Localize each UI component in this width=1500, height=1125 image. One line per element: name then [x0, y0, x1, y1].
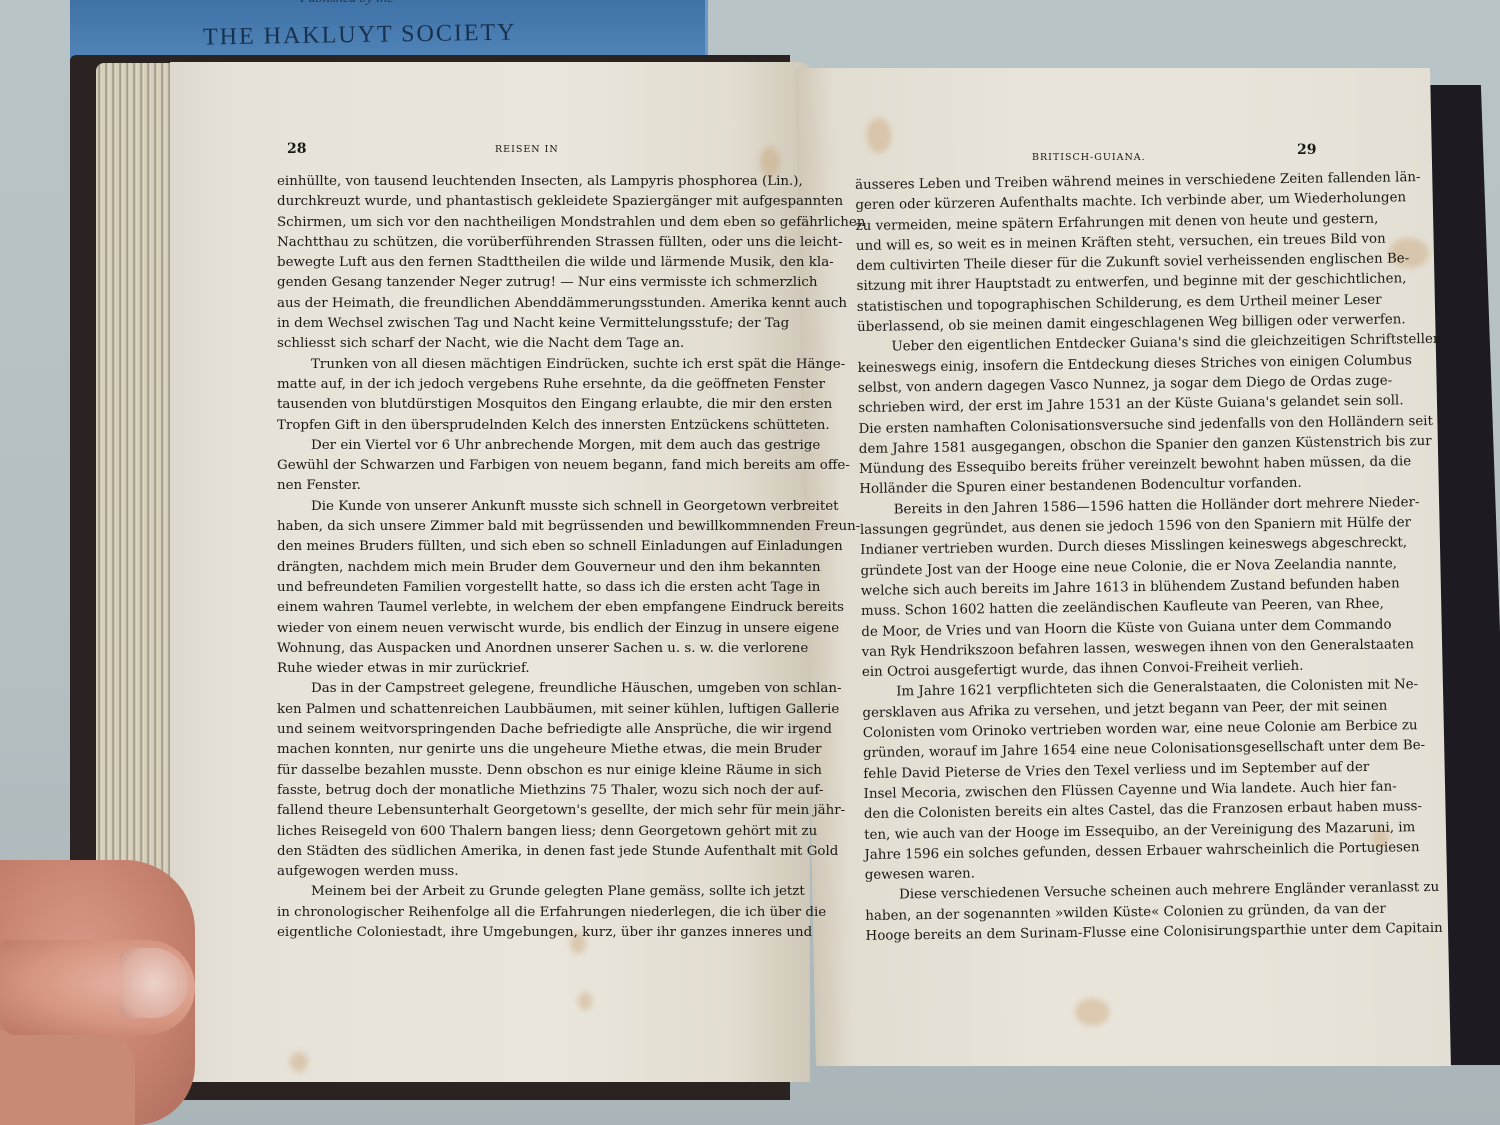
text-line: Tropfen Gift in den übersprudelnden Kelc…	[277, 416, 762, 436]
text-line: eigentliche Coloniestadt, ihre Umgebunge…	[277, 923, 762, 943]
text-line: schliesst sich scharf der Nacht, wie die…	[277, 334, 762, 354]
text-line: Meinem bei der Arbeit zu Grunde gelegten…	[277, 882, 762, 902]
left-page-body-text: einhüllte, von tausend leuchtenden Insec…	[277, 172, 762, 943]
text-line: fallend theure Lebensunterhalt Georgetow…	[277, 801, 762, 821]
text-line: Schirmen, um sich vor den nachtheiligen …	[277, 213, 762, 233]
text-line: fasste, betrug doch der monatliche Mieth…	[277, 781, 762, 801]
foxing-stain	[866, 118, 892, 153]
text-line: bewegte Luft aus den fernen Stadttheilen…	[277, 253, 762, 273]
text-line: einem wahren Taumel verlebte, in welchem…	[277, 598, 762, 618]
text-line: den Städten des südlichen Amerika, in de…	[277, 842, 762, 862]
foxing-stain	[1074, 998, 1110, 1026]
text-line: Gewühl der Schwarzen und Farbigen von ne…	[277, 456, 762, 476]
foxing-stain	[760, 147, 780, 177]
text-line: genden Gesang tanzender Neger zutrug! — …	[277, 273, 762, 293]
text-line: Nachtthau zu schützen, die vorüberführen…	[277, 233, 762, 253]
text-line: Ruhe wieder etwas in mir zurückrief.	[277, 659, 762, 679]
text-line: durchkreuzt wurde, und phantastisch gekl…	[277, 192, 762, 212]
text-line: einhüllte, von tausend leuchtenden Insec…	[277, 172, 762, 192]
text-line: ken Palmen und schattenreichen Laubbäume…	[277, 700, 762, 720]
text-line: Trunken von all diesen mächtigen Eindrüc…	[277, 355, 762, 375]
text-line: aufgewogen werden muss.	[277, 862, 762, 882]
text-line: Das in der Campstreet gelegene, freundli…	[277, 679, 762, 699]
text-line: aus der Heimath, die freundlichen Abendd…	[277, 294, 762, 314]
hand-palm	[0, 1030, 135, 1125]
text-line: matte auf, in der ich jedoch vergebens R…	[277, 375, 762, 395]
text-line: den meines Bruders füllten, und sich ebe…	[277, 537, 762, 557]
left-running-head: REISEN IN	[495, 144, 559, 155]
text-line: haben, da sich unsere Zimmer bald mit be…	[277, 517, 762, 537]
right-page-body-text: äusseres Leben und Treiben während meine…	[855, 169, 1361, 947]
text-line: und seinem weitvorspringenden Dache befr…	[277, 720, 762, 740]
text-line: liches Reisegeld von 600 Thalern bangen …	[277, 822, 762, 842]
text-line: in dem Wechsel zwischen Tag und Nacht ke…	[277, 314, 762, 334]
text-line: Wohnung, das Auspacken und Anordnen unse…	[277, 639, 762, 659]
text-line: machen konnten, nur genirte uns die unge…	[277, 740, 762, 760]
thumbnail-nail	[120, 948, 188, 1018]
text-line: tausenden von blutdürstigen Mosquitos de…	[277, 395, 762, 415]
left-page-number: 28	[287, 141, 306, 157]
blue-book-title: THE HAKLUYT SOCIETY	[203, 20, 517, 52]
text-line: und befreundeten Familien vorgestellt ha…	[277, 578, 762, 598]
text-line: drängten, nachdem mich mein Bruder dem G…	[277, 558, 762, 578]
text-line: wieder von einem neuen verwischt wurde, …	[277, 619, 762, 639]
text-line: für dasselbe bezahlen musste. Denn obsch…	[277, 761, 762, 781]
text-line: in chronologischer Reihenfolge all die E…	[277, 903, 762, 923]
blue-book-publisher-line: Published by the	[300, 0, 393, 7]
right-running-head: BRITISCH-GUIANA.	[1032, 152, 1146, 163]
right-page-number: 29	[1297, 142, 1316, 158]
text-line: nen Fenster.	[277, 476, 762, 496]
foxing-stain	[578, 992, 592, 1010]
foxing-stain	[290, 1052, 308, 1072]
text-line: Die Kunde von unserer Ankunft musste sic…	[277, 497, 762, 517]
text-line: Der ein Viertel vor 6 Uhr anbrechende Mo…	[277, 436, 762, 456]
